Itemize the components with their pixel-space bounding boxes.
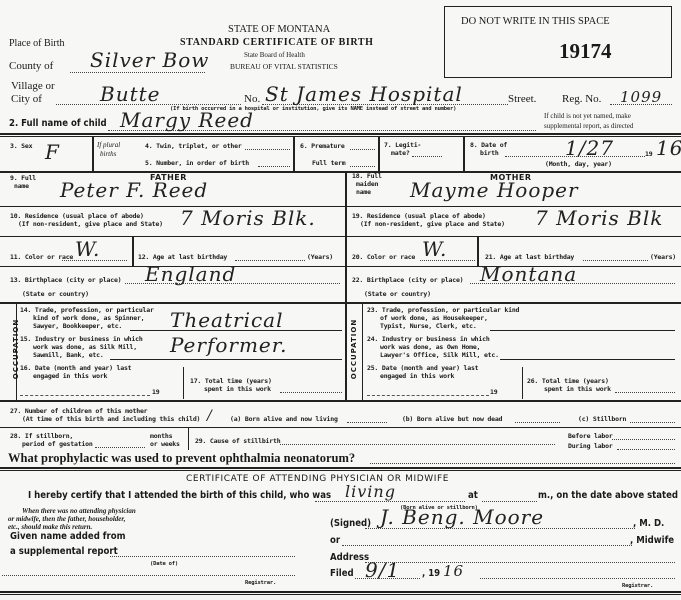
city-value: Butte <box>100 82 161 106</box>
father-trade-label-2: kind of work done, as Spinner, <box>33 314 144 322</box>
father-industry-label-2: work was done, as Silk Mill, <box>33 343 137 351</box>
father-trade-label-3: Sawyer, Bookkeeper, etc. <box>33 322 122 330</box>
sex-label: 3. Sex <box>10 142 32 150</box>
premature-label: 6. Premature <box>300 142 345 150</box>
children-dead-label: (b) Born alive but now dead <box>402 415 502 423</box>
stillbirth-cause-label: 29. Cause of stillbirth <box>195 437 280 445</box>
child-name-value: Margy Reed <box>120 108 254 132</box>
father-residence-label-1: 10. Residence (usual place of abode) <box>10 212 144 220</box>
mother-birthplace-sub: (State or country) <box>364 290 431 298</box>
physician-signature: J. Beng. Moore <box>380 505 544 529</box>
mother-total-label-2: spent in this work <box>544 385 611 393</box>
father-industry-value: Performer. <box>170 333 287 357</box>
father-birthplace-label: 13. Birthplace (city or place) <box>10 276 121 284</box>
time-suffix: m., on the date above stated <box>538 490 678 501</box>
bureau-label: BUREAU OF VITAL STATISTICS <box>230 62 338 71</box>
filed-year-prefix: , 19 <box>422 568 440 579</box>
street-number-label: No. <box>244 93 260 105</box>
mother-trade-label-1: 23. Trade, profession, or particular kin… <box>367 306 519 314</box>
mother-occupation-side-label: OCCUPATION <box>350 314 358 384</box>
father-industry-label-1: 15. Industry or business in which <box>20 335 143 343</box>
city-label: City of <box>11 93 42 105</box>
mother-total-label-1: 26. Total time (years) <box>527 377 609 385</box>
gestation-unit-2: or weeks <box>150 440 180 448</box>
father-birthplace-sub: (State or country) <box>22 290 89 298</box>
mother-trade-label-3: Typist, Nurse, Clerk, etc. <box>380 322 477 330</box>
filed-label: Filed <box>330 568 354 579</box>
no-physician-note-3: etc., should make this return. <box>8 523 92 531</box>
no-physician-note-2: or midwife, then the father, householder… <box>8 515 125 523</box>
full-term-label: Full term <box>312 159 345 167</box>
children-alive-label: (a) Born alive and now living <box>230 415 338 423</box>
mother-age-label: 21. Age at last birthday <box>485 253 574 261</box>
mother-industry-label-2: work was done, as Own Home, <box>380 343 480 351</box>
filed-year-value: 16 <box>443 562 464 580</box>
father-total-label-1: 17. Total time (years) <box>190 377 272 385</box>
mother-date-label-2: engaged in this work <box>380 372 454 380</box>
date-of-label: (Date of) <box>150 561 178 567</box>
reg-no-label: Reg. No. <box>562 93 601 105</box>
stillborn-label-1: 28. If stillborn, <box>10 432 73 440</box>
md-label: , M. D. <box>633 518 664 529</box>
village-label: Village or <box>11 80 55 92</box>
before-labor-label: Before labor <box>568 432 613 440</box>
filed-date-value: 9/1 <box>365 558 400 582</box>
dob-year-prefix: 19 <box>645 150 652 158</box>
mother-industry-label-3: Lawyer's Office, Silk Mill, etc. <box>380 351 499 359</box>
plural-label-1: If plural <box>97 141 120 149</box>
office-use-box: DO NOT WRITE IN THIS SPACE 19174 <box>444 6 672 78</box>
father-industry-label-3: Sawmill, Bank, etc. <box>33 351 104 359</box>
prophylactic-label: What prophylactic was used to prevent op… <box>8 451 355 466</box>
father-total-label-2: spent in this work <box>204 385 271 393</box>
mother-residence-value: 7 Moris Blk <box>535 206 663 230</box>
state-title: STATE OF MONTANA <box>228 24 330 35</box>
father-residence-value: 7 Moris Blk. <box>180 206 316 230</box>
legitimate-label-2: mate? <box>391 149 410 157</box>
not-named-note-2: supplemental report, as directed <box>544 122 633 130</box>
father-birthplace-value: England <box>145 262 236 286</box>
midwife-label: , Midwife <box>630 535 674 546</box>
father-name-value: Peter F. Reed <box>60 178 208 202</box>
mother-name-value: Mayme Hooper <box>410 178 579 202</box>
mother-color-value: W. <box>422 237 447 261</box>
no-physician-note-1: When there was no attending physician <box>22 507 136 515</box>
not-named-note-1: If child is not yet named, make <box>544 112 631 120</box>
mother-trade-label-2: of work done, as Housekeeper, <box>380 314 488 322</box>
mother-birthplace-value: Montana <box>480 262 577 286</box>
father-residence-label-2: (If non-resident, give place and State) <box>18 220 163 228</box>
reg-no-value: 1099 <box>620 88 662 106</box>
dob-label-1: 8. Date of <box>470 141 507 149</box>
certificate-title: STANDARD CERTIFICATE OF BIRTH <box>180 37 373 48</box>
registrar-label-left: Registrar. <box>245 580 276 586</box>
registrar-label-right: Registrar. <box>622 583 653 589</box>
plural-label-2: births <box>100 150 116 158</box>
county-value: Silver Bow <box>90 48 209 72</box>
legitimate-label-1: 7. Legiti- <box>384 141 421 149</box>
birth-status-value: living <box>345 482 396 501</box>
dob-hint: (Month, day, year) <box>545 160 612 168</box>
twin-label: 4. Twin, triplet, or other <box>145 142 242 150</box>
certificate-number: 19174 <box>559 39 612 64</box>
father-trade-value: Theatrical <box>170 308 284 332</box>
mother-name-label-2: maiden <box>356 180 378 188</box>
certificate-heading: CERTIFICATE OF ATTENDING PHYSICIAN OR MI… <box>186 474 449 484</box>
father-name-label-2: name <box>14 182 29 190</box>
street-label: Street. <box>508 93 536 105</box>
children-value: / <box>207 408 213 424</box>
father-age-label: 12. Age at last birthday <box>138 253 227 261</box>
given-name-label-1: Given name added from <box>10 531 126 542</box>
dob-year-value: 16 <box>656 136 681 160</box>
mother-date-year-prefix: 19 <box>490 388 497 396</box>
stillborn-label-2: period of gestation <box>22 440 93 448</box>
father-age-unit: (Years) <box>307 253 333 261</box>
street-number-value: St James Hospital <box>265 82 463 106</box>
birth-certificate: Place of Birth STATE OF MONTANA STANDARD… <box>0 0 681 600</box>
or-label: or <box>330 535 340 546</box>
given-name-label-2: a supplemental report <box>10 546 118 557</box>
mother-residence-label-2: (If non-resident, give place and State) <box>360 220 505 228</box>
order-label: 5. Number, in order of birth <box>145 159 249 167</box>
mother-birthplace-label: 22. Birthplace (city or place) <box>352 276 463 284</box>
board-label: State Board of Health <box>244 51 305 59</box>
father-date-year-prefix: 19 <box>152 388 159 396</box>
certify-text: I hereby certify that I attended the bir… <box>28 490 331 501</box>
father-date-label-2: engaged in this work <box>33 372 107 380</box>
mother-name-label-1: 18. Full <box>352 172 382 180</box>
father-trade-label-1: 14. Trade, profession, or particular <box>20 306 154 314</box>
address-label: Address <box>330 552 369 563</box>
mother-color-label: 20. Color or race <box>352 253 415 261</box>
gestation-unit-1: months <box>150 432 172 440</box>
mother-age-unit: (Years) <box>650 253 676 261</box>
mother-name-label-3: name <box>356 188 371 196</box>
mother-industry-label-1: 24. Industry or business in which <box>367 335 490 343</box>
father-name-label-1: 9. Full <box>10 174 36 182</box>
mother-date-label-1: 25. Date (month and year) last <box>367 364 478 372</box>
dob-value: 1/27 <box>565 136 614 160</box>
sex-value: F <box>45 140 60 164</box>
children-label-2: (At time of this birth and including thi… <box>22 415 200 423</box>
child-name-label: 2. Full name of child <box>9 118 107 129</box>
during-labor-label: During labor <box>568 442 613 450</box>
children-label-1: 27. Number of children of this mother <box>10 407 147 415</box>
at-label: at <box>468 490 478 501</box>
father-occupation-side-label: OCCUPATION <box>12 314 20 384</box>
mother-residence-label-1: 19. Residence (usual place of abode) <box>352 212 486 220</box>
county-label: County of <box>9 60 53 72</box>
children-stillborn-label: (c) Stillborn <box>578 415 626 423</box>
place-of-birth-label: Place of Birth <box>9 38 65 49</box>
office-use-label: DO NOT WRITE IN THIS SPACE <box>461 16 610 27</box>
father-date-label-1: 16. Date (month and year) last <box>20 364 131 372</box>
dob-label-2: birth <box>480 149 499 157</box>
father-color-value: W. <box>75 237 100 261</box>
